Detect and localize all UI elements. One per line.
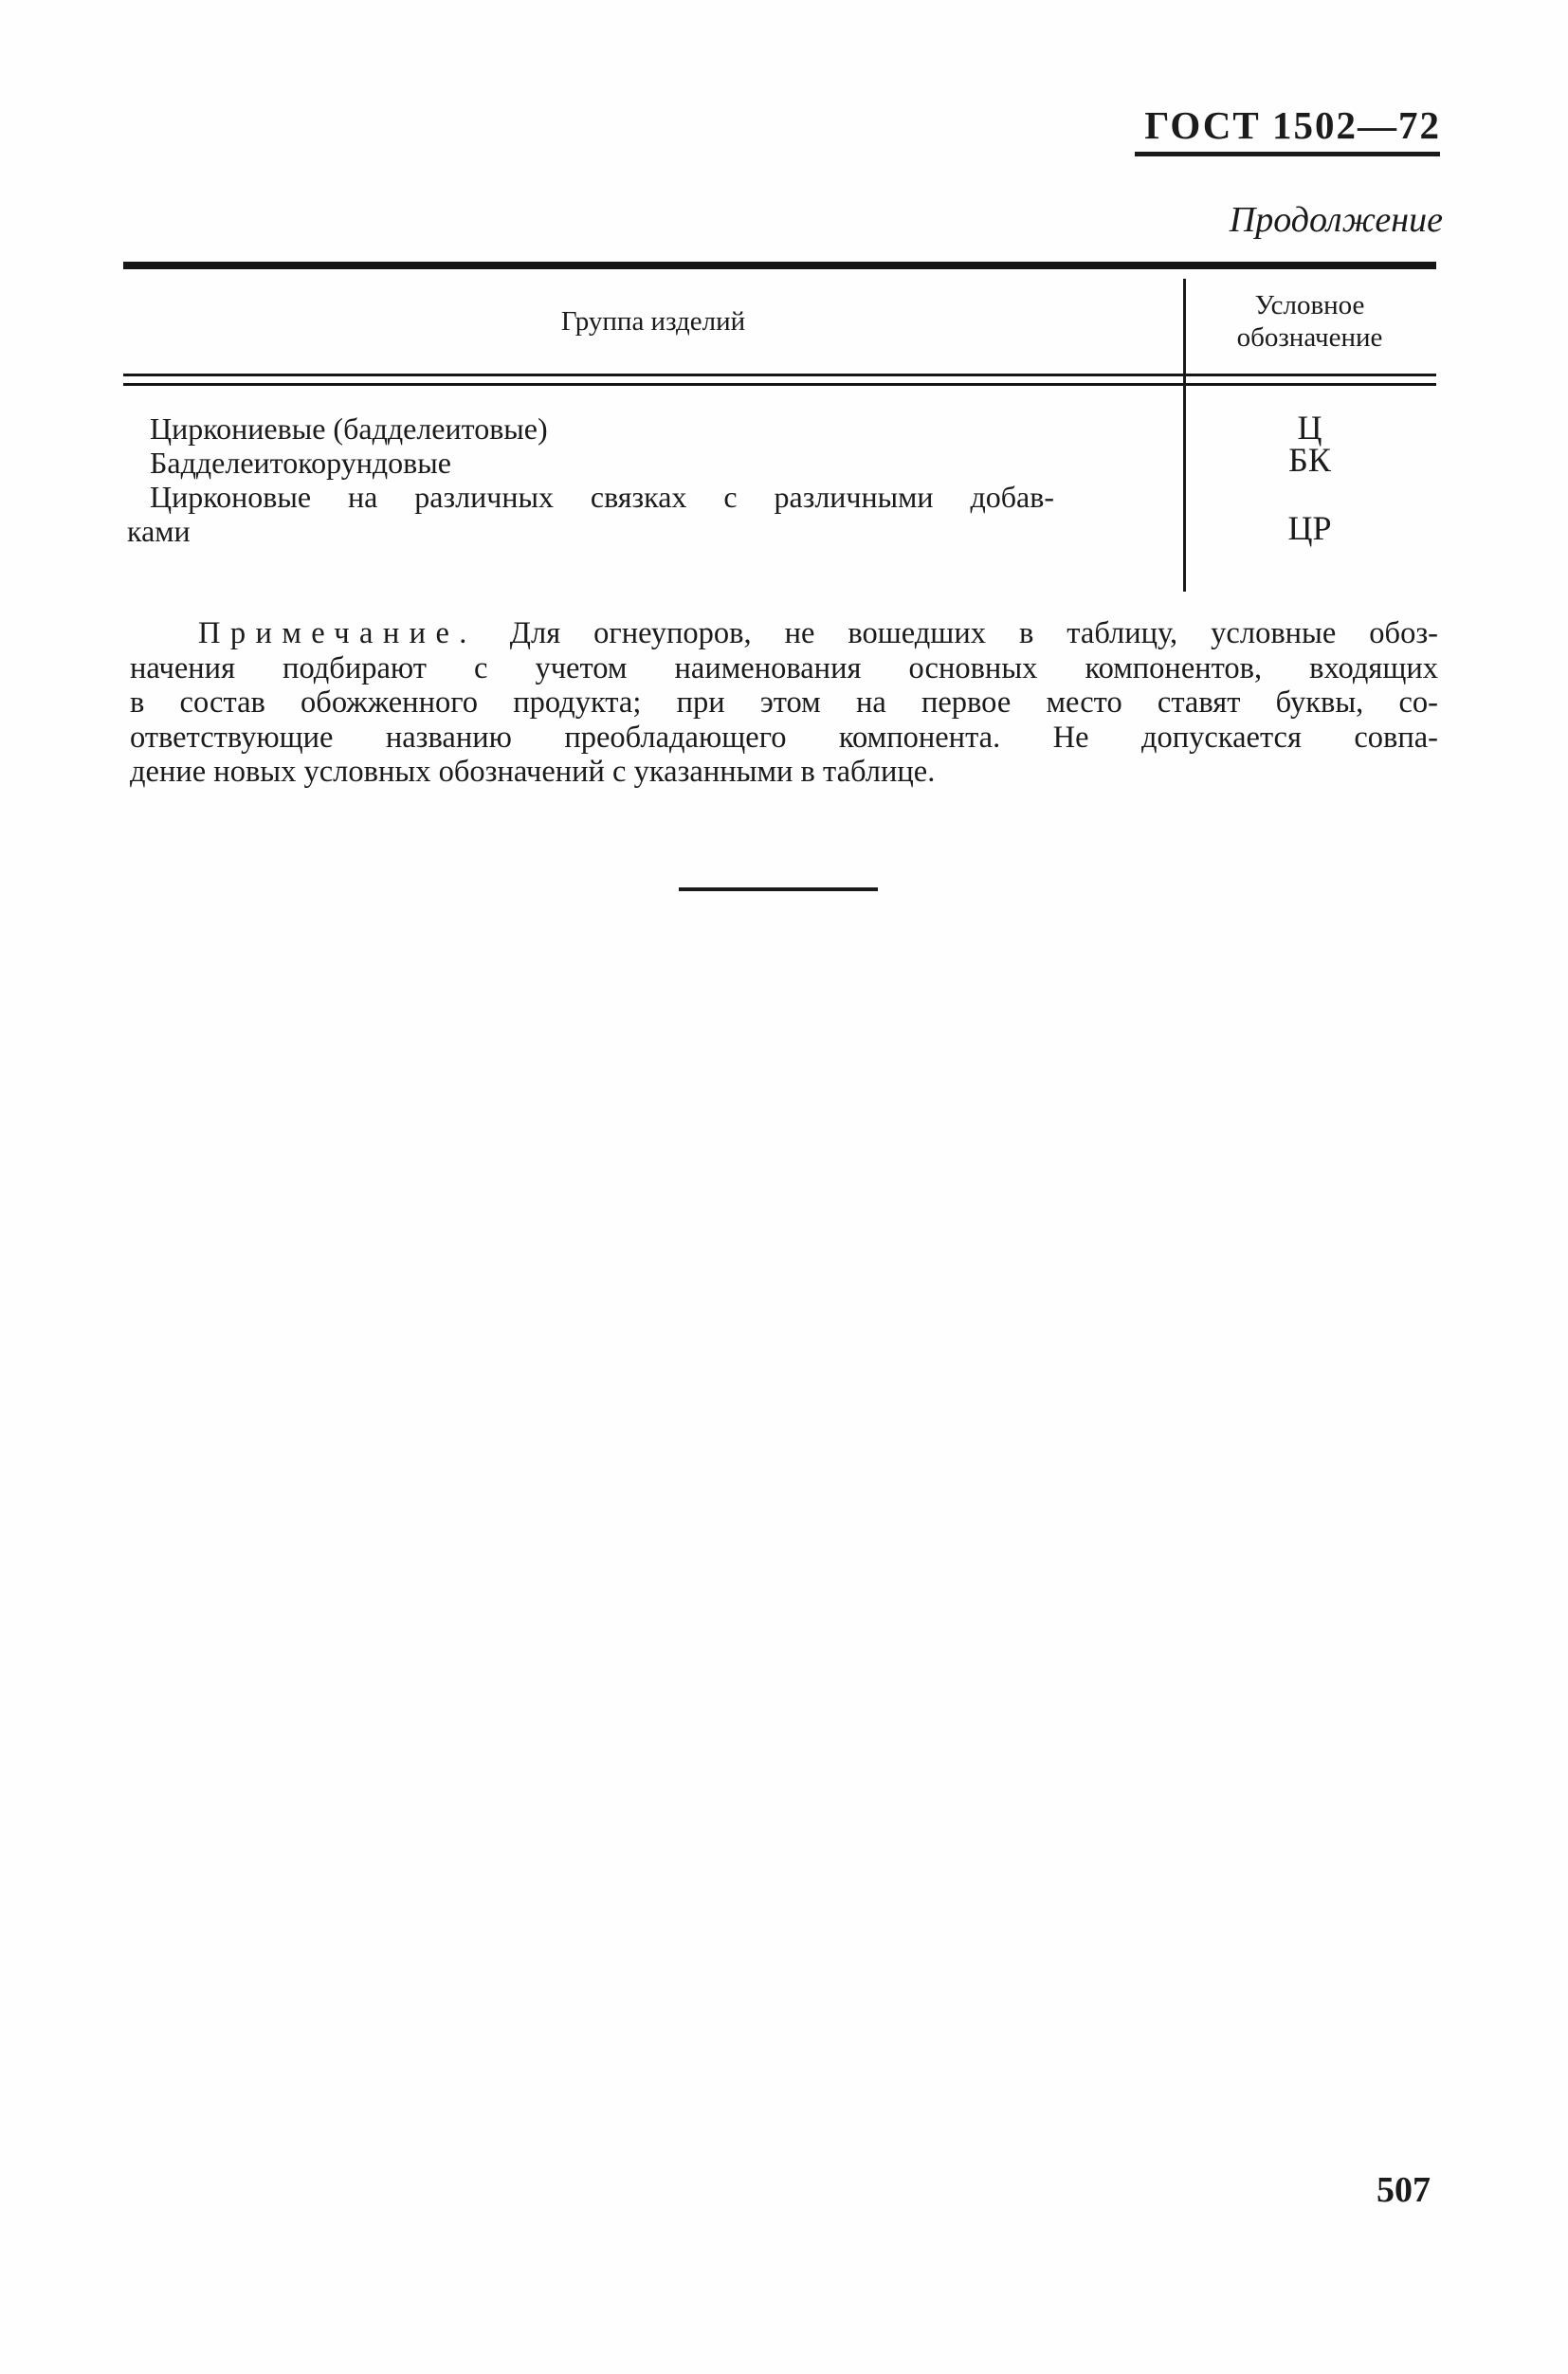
note-line-1-text: Для огнеупоров, не вошедших в таблицу, у… <box>477 616 1438 650</box>
designation-code-2: БК <box>1183 443 1436 477</box>
designation-code-1: Ц <box>1183 411 1436 445</box>
table-row-group-3-line-1: Цирконовые на различных связках с различ… <box>127 480 1054 514</box>
continuation-caption: Продолжение <box>1230 199 1443 241</box>
header-separator-rule <box>123 374 1436 386</box>
table-row-group-1: Циркониевые (бадделеитовые) <box>127 411 1054 446</box>
document-page: ГОСТ 1502—72 Продолжение Группа изделий … <box>0 0 1568 2374</box>
note-line-1: Примечание. Для огнеупоров, не вошедших … <box>130 616 1438 651</box>
column-header-designation: Условное обозначение <box>1183 269 1436 374</box>
note-line-2: начения подбирают с учетом наименования … <box>130 651 1438 686</box>
document-code: ГОСТ 1502—72 <box>1144 102 1441 148</box>
table-row-group-2: Бадделеитокорундовые <box>127 446 1054 480</box>
designation-table: Группа изделий Условное обозначение Цирк… <box>123 262 1436 589</box>
group-column: Циркониевые (бадделеитовые) Бадделеитоко… <box>123 386 1183 589</box>
note-line-5: дение новых условных обозначений с указа… <box>130 755 1438 790</box>
note-line-3: в состав обожженного продукта; при этом … <box>130 685 1438 721</box>
note-paragraph: Примечание. Для огнеупоров, не вошедших … <box>130 616 1438 790</box>
table-row-group-3-line-2: ками <box>127 514 1054 548</box>
document-code-rule <box>1135 152 1440 156</box>
section-end-rule <box>679 887 878 891</box>
note-line-4: ответствующие названию преобладающего ко… <box>130 721 1438 756</box>
page-number: 507 <box>1377 2169 1431 2211</box>
designation-code-3: ЦР <box>1183 511 1436 545</box>
table-column-divider <box>1183 279 1186 592</box>
designation-column: Ц БК ЦР <box>1183 386 1436 589</box>
table-header-row: Группа изделий Условное обозначение <box>123 269 1436 374</box>
table-body: Циркониевые (бадделеитовые) Бадделеитоко… <box>123 386 1436 589</box>
column-header-group: Группа изделий <box>123 269 1183 374</box>
note-label: Примечание. <box>198 616 477 650</box>
